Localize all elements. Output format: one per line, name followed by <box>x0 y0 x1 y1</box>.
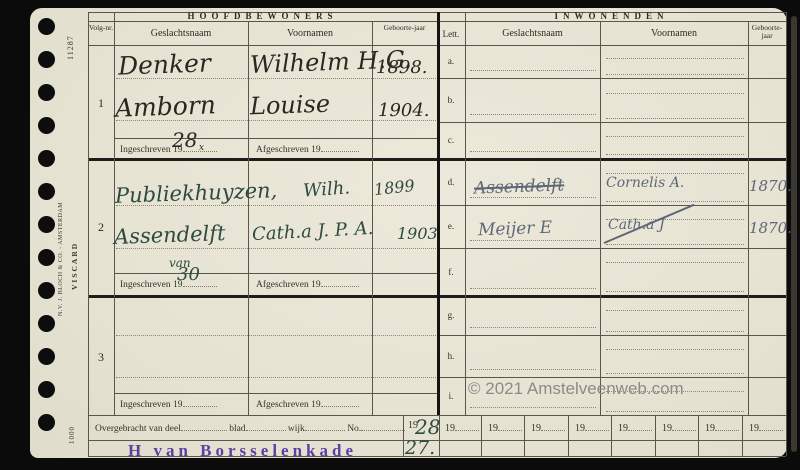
grid-line <box>568 415 569 456</box>
dotted-line <box>606 411 744 412</box>
grid-line <box>465 12 466 415</box>
address-stamp: H van Borsselenkade <box>128 441 357 461</box>
volgnr-2: 2 <box>88 220 114 235</box>
lett-d: d. <box>437 177 465 187</box>
dotted-line <box>606 291 744 292</box>
column-header-voornamen-right: Voornamen <box>600 28 748 39</box>
hw-surname: Meijer E <box>478 218 553 241</box>
dotted-leader <box>321 276 359 287</box>
year-cell-label: 19 <box>749 423 759 434</box>
grid-line <box>248 21 249 415</box>
year-cell: 19 <box>445 420 479 434</box>
ingeschreven-text: Ingeschreven 19 <box>120 280 183 290</box>
grid-line <box>114 12 115 415</box>
dotted-leader <box>181 420 227 431</box>
lett-i: i. <box>437 391 465 401</box>
dotted-line <box>606 118 744 119</box>
column-header-geboortejaar-left: Geboorte-jaar <box>372 24 437 32</box>
dotted-leader <box>759 420 783 431</box>
brand-name: VISCARD <box>70 200 79 290</box>
ingeschreven-label-row2: Ingeschreven 19 <box>120 276 217 290</box>
lett-h: h. <box>437 351 465 361</box>
grid-line <box>437 248 786 249</box>
dotted-line <box>606 244 744 245</box>
dotted-leader <box>498 420 522 431</box>
year-cell: 19 <box>662 420 696 434</box>
dotted-line <box>470 407 596 408</box>
hw-surname: Assendelft <box>114 221 226 249</box>
dotted-line <box>116 248 436 249</box>
ingeschreven-label-row3: Ingeschreven 19 <box>120 396 217 410</box>
year-cell-label: 19 <box>575 423 585 434</box>
afgeschreven-label-row1: Afgeschreven 19 <box>256 141 359 155</box>
dotted-line <box>470 327 596 328</box>
copyright-watermark: © 2021 Amstelveenweb.com <box>468 379 684 399</box>
dotted-line <box>470 151 596 152</box>
grid-line <box>611 415 612 456</box>
hw-forenames: Louise <box>250 90 331 121</box>
afgeschreven-label-row2: Afgeschreven 19 <box>256 276 359 290</box>
column-header-geslachtsnaam-right: Geslachtsnaam <box>465 28 600 39</box>
hw-forenames: Wilh. <box>302 177 350 201</box>
year-cell: 19 <box>531 420 565 434</box>
dotted-line <box>606 331 744 332</box>
year-cell-label: 19 <box>488 423 498 434</box>
dotted-leader <box>183 396 217 407</box>
binder-hole <box>38 18 55 35</box>
transfer-line: Overgebracht van deel blad wijk No. <box>95 420 405 434</box>
dotted-line <box>606 373 744 374</box>
lett-a: a. <box>437 56 465 66</box>
year-cell-label: 19 <box>445 423 455 434</box>
binder-hole <box>38 414 55 431</box>
grid-line <box>481 415 482 456</box>
binder-hole <box>38 282 55 299</box>
dotted-line <box>116 377 436 378</box>
dotted-leader <box>455 420 479 431</box>
hw-birthyear: 1898. <box>376 57 428 78</box>
afgeschreven-label-row3: Afgeschreven 19 <box>256 396 359 410</box>
binder-hole <box>38 84 55 101</box>
year-cell-label: 19 <box>705 423 715 434</box>
hw-ingeschreven-year: 28 <box>172 128 197 152</box>
column-header-volgnr: Volg-nr. <box>88 24 114 32</box>
lett-g: g. <box>437 310 465 320</box>
lett-c: c. <box>437 135 465 145</box>
dotted-line <box>606 201 744 202</box>
volgnr-1: 1 <box>88 96 114 111</box>
volgnr-3: 3 <box>88 350 114 365</box>
lett-f: f. <box>437 267 465 277</box>
dotted-line <box>116 335 436 336</box>
grid-line <box>437 78 786 79</box>
dotted-line <box>470 70 596 71</box>
binder-hole <box>38 315 55 332</box>
grid-line <box>748 21 749 415</box>
ingeschreven-text: Ingeschreven 19 <box>120 400 183 410</box>
dotted-line <box>470 114 596 115</box>
dotted-line <box>606 349 744 350</box>
grid-line <box>114 393 437 394</box>
hw-forenames: Cornelis A. <box>606 175 684 191</box>
grid-line <box>437 122 786 123</box>
binder-hole <box>38 117 55 134</box>
lett-b: b. <box>437 95 465 105</box>
hw-surname: Assendelft <box>474 175 565 198</box>
transfer-part: blad <box>229 424 245 434</box>
afgeschreven-text: Afgeschreven 19 <box>256 400 321 410</box>
section-title-hoofdbewoners: HOOFDBEWONERS <box>88 11 437 21</box>
binder-hole <box>38 216 55 233</box>
year-cell: 19 <box>618 420 652 434</box>
dotted-line <box>606 262 744 263</box>
hw-surname: Denker <box>118 48 212 80</box>
grid-line <box>114 138 437 139</box>
transfer-part: wijk <box>288 424 305 434</box>
dotted-line <box>470 288 596 289</box>
year-cell: 19 <box>705 420 739 434</box>
grid-line <box>655 415 656 456</box>
year-cell: 19 <box>488 420 522 434</box>
binder-hole <box>38 348 55 365</box>
transfer-part: No. <box>347 424 361 434</box>
column-header-geslachtsnaam-left: Geslachtsnaam <box>114 28 248 39</box>
grid-line <box>600 21 601 415</box>
column-header-voornamen-left: Voornamen <box>248 28 372 39</box>
dotted-leader <box>715 420 739 431</box>
dotted-leader <box>321 396 359 407</box>
dotted-leader <box>672 420 696 431</box>
printer-name: N.V. J. BLOCH & CO. - AMSTERDAM <box>58 168 64 316</box>
grid-line <box>742 415 743 456</box>
dotted-line <box>606 58 744 59</box>
afgeschreven-text: Afgeschreven 19 <box>256 145 321 155</box>
dotted-leader <box>585 420 609 431</box>
dotted-line <box>470 369 596 370</box>
transfer-part: Overgebracht van deel <box>95 424 181 434</box>
hw-ingeschreven-year: 30 <box>177 264 200 285</box>
grid-line <box>114 273 437 274</box>
dotted-line <box>606 173 744 174</box>
dotted-line <box>606 74 744 75</box>
dotted-line <box>470 240 596 241</box>
hw-house-number: 27. <box>405 437 435 459</box>
grid-line <box>698 415 699 456</box>
dotted-leader <box>321 141 359 152</box>
dotted-leader <box>628 420 652 431</box>
grid-line <box>437 205 786 206</box>
column-header-geboortejaar-right: Geboorte-jaar <box>748 24 786 41</box>
afgeschreven-text: Afgeschreven 19 <box>256 280 321 290</box>
hw-birthyear: 1870. <box>749 177 792 195</box>
hw-birthyear: 1903 <box>397 224 438 243</box>
binder-hole <box>38 381 55 398</box>
section-title-inwonenden: INWONENDEN <box>437 11 786 21</box>
grid-line <box>437 335 786 336</box>
dotted-line <box>606 93 744 94</box>
hw-surname: Amborn <box>115 90 217 123</box>
dotted-line <box>606 136 744 137</box>
year-cell-label: 19 <box>618 423 628 434</box>
dotted-leader <box>361 420 405 431</box>
lett-e: e. <box>437 221 465 231</box>
serial-number: 11287 <box>66 12 75 60</box>
hw-transfer-year: 28 <box>415 415 440 439</box>
binder-hole <box>38 150 55 167</box>
year-cell-label: 19 <box>531 423 541 434</box>
binder-hole <box>38 51 55 68</box>
dotted-leader <box>541 420 565 431</box>
dotted-leader <box>246 420 286 431</box>
hw-ingeschreven-mark: x <box>199 143 204 153</box>
hw-birthyear: 1870. <box>749 219 792 237</box>
dotted-line <box>606 154 744 155</box>
register-card-photo: 11287 N.V. J. BLOCH & CO. - AMSTERDAM VI… <box>0 0 800 470</box>
year-cell-label: 19 <box>662 423 672 434</box>
year-cell: 19 <box>749 420 783 434</box>
hw-birthyear: 1904. <box>378 100 430 121</box>
grid-line <box>524 415 525 456</box>
year-cell: 19 <box>575 420 609 434</box>
dotted-leader <box>305 420 345 431</box>
dotted-line <box>606 310 744 311</box>
grid-line <box>437 377 786 378</box>
binder-hole <box>38 249 55 266</box>
stock-number: 1000 <box>68 412 76 444</box>
binder-hole <box>38 183 55 200</box>
column-header-lett: Lett. <box>437 29 465 39</box>
